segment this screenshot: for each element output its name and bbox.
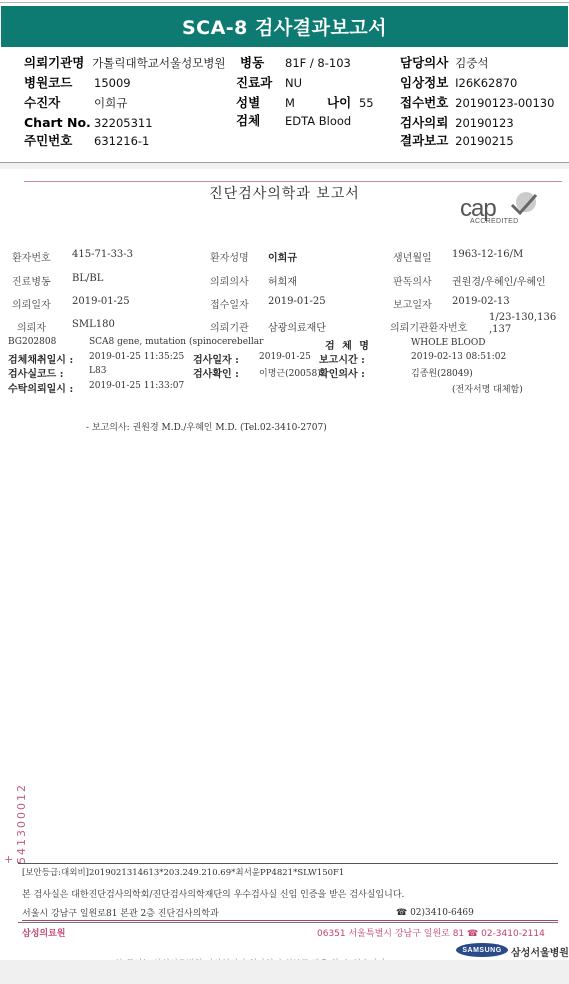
sex-field: 성별 M <box>236 96 260 110</box>
resident-no-label: 주민번호 <box>24 133 72 148</box>
cap-logo-sub: ACCREDITED <box>470 218 519 225</box>
lab-code-value: L83 <box>89 366 106 376</box>
test-date-label: 검사일자 : <box>193 351 239 366</box>
test-date-value: 2019-01-25 <box>259 352 311 362</box>
age-value: 55 <box>359 96 374 110</box>
reporting-doctor: - 보고의사: 권원경 M.D./우혜인 M.D. (Tel.02-3410-2… <box>86 420 327 433</box>
test-request-label: 검사의뢰 <box>400 115 448 130</box>
lab-code-label: 검사실코드 : <box>8 365 63 380</box>
requester-value: SML180 <box>72 319 115 330</box>
patient-name-field: 수진자 이희규 <box>24 96 60 110</box>
institution-patient-no-value-2: ,137 <box>489 324 511 335</box>
ward-label: 병동 <box>240 55 264 70</box>
lab-address: 서울시 강남구 일원로81 본관 2층 진단검사의학과 <box>22 906 219 919</box>
age-label: 나이 <box>327 95 351 110</box>
ordering-doctor-label: 의뢰의사 <box>210 273 249 288</box>
medical-center-name: 삼성의료원 <box>22 926 65 939</box>
patient-name-label: 수진자 <box>24 95 60 110</box>
bottom-band <box>0 960 569 984</box>
collection-time-value: 2019-01-25 11:35:25 <box>89 352 184 362</box>
ward-label: 진료병동 <box>12 273 51 288</box>
test-code: BG202808 <box>8 337 56 347</box>
patient-no-value: 415-71-33-3 <box>72 249 133 260</box>
attending-doctor-value: 김중석 <box>455 56 488 70</box>
specimen-name-label: 검 체 명 <box>325 337 371 352</box>
patient-name-value: 이희규 <box>268 249 297 264</box>
reading-doctor-value: 권원경/우혜인/우혜인 <box>452 273 546 288</box>
test-request-field: 검사의뢰 20190123 <box>400 116 514 130</box>
reading-doctor-label: 판독의사 <box>393 273 432 288</box>
clinical-info-value: I26K62870 <box>455 76 517 90</box>
ward-field: 병동 81F / 8-103 <box>240 56 264 70</box>
patient-no-label: 환자번호 <box>12 249 51 264</box>
patient-name-value: 이희규 <box>94 96 127 110</box>
institution-patient-no-value: 1/23-130,136 <box>489 312 556 323</box>
patient-name-label: 환자성명 <box>210 249 249 264</box>
footer-top-rule <box>18 863 558 864</box>
test-confirm-label: 검사확인 : <box>193 365 239 380</box>
result-report-label: 결과보고 <box>400 133 448 148</box>
report-date-label: 보고일자 <box>393 296 432 311</box>
checkmark-icon <box>508 191 538 217</box>
ward-value: BL/BL <box>72 273 103 284</box>
summary-panel: 의뢰기관명 가톨릭대학교서울성모병원 병원코드 15009 수진자 이희규 Ch… <box>0 50 569 155</box>
clinical-info-label: 임상정보 <box>400 75 448 90</box>
accession-no-field: 접수번호 20190123-00130 <box>400 96 554 110</box>
attending-doctor-field: 담당의사 김중석 <box>400 56 488 70</box>
requesting-institution-value: 삼광의료재단 <box>268 319 326 334</box>
lab-phone: ☎ 02)3410-6469 <box>396 908 474 918</box>
institution-label: 의뢰기관명 <box>24 55 84 70</box>
requester-label: 의뢰자 <box>17 319 46 334</box>
request-date-value: 2019-01-25 <box>72 296 130 307</box>
birth-date-label: 생년월일 <box>393 249 432 264</box>
birth-date-value: 1963-12-16/M <box>452 249 523 260</box>
test-name: SCA8 gene, mutation (spinocerebellar <box>89 337 263 347</box>
clinical-info-field: 임상정보 I26K62870 <box>400 76 517 90</box>
specimen-value: EDTA Blood <box>285 114 351 128</box>
collection-time-label: 검체채취일시 : <box>8 351 73 366</box>
result-report-value: 20190215 <box>455 134 514 148</box>
institution-patient-no-label: 의뢰기관환자번호 <box>390 319 467 334</box>
test-request-value: 20190123 <box>455 116 514 130</box>
cap-accredited-logo: cap ACCREDITED <box>460 191 540 231</box>
attending-doctor-label: 담당의사 <box>400 55 448 70</box>
chart-no-field: Chart No. 32205311 <box>24 116 91 130</box>
result-report-field: 결과보고 20190215 <box>400 134 514 148</box>
hospital-code-value: 15009 <box>94 76 131 90</box>
scanned-report: 진단검사의학과 보고서 cap ACCREDITED 환자번호 415-71-3… <box>0 169 569 959</box>
test-confirm-value: 이명근(20058) <box>259 366 321 379</box>
specimen-field: 검체 EDTA Blood <box>236 114 260 128</box>
barcode-number: + 541300012 <box>2 772 16 864</box>
age-field: 나이 55 <box>327 96 374 110</box>
department-value: NU <box>285 76 302 90</box>
report-time-value: 2019-02-13 08:51:02 <box>411 352 506 362</box>
page-title: SCA-8 검사결과보고서 <box>1 6 568 47</box>
e-signature-note: (전자서명 대체함) <box>452 382 523 395</box>
chart-no-value: 32205311 <box>94 116 153 130</box>
footer-pink-rule <box>22 920 558 921</box>
resident-no-value: 631216-1 <box>94 134 149 148</box>
ordering-doctor-value: 허희재 <box>268 273 297 288</box>
hospital-code-field: 병원코드 15009 <box>24 76 72 90</box>
specimen-name-value: WHOLE BLOOD <box>411 338 485 348</box>
samsung-logo: SAMSUNG <box>456 943 508 957</box>
top-rule <box>0 2 569 3</box>
report-date-value: 2019-02-13 <box>452 296 510 307</box>
institution-field: 의뢰기관명 가톨릭대학교서울성모병원 <box>24 56 226 70</box>
sex-value: M <box>285 96 295 110</box>
received-time-label: 수탁의뢰일시 : <box>8 380 73 395</box>
institution-value: 가톨릭대학교서울성모병원 <box>92 56 225 70</box>
specimen-label: 검체 <box>236 113 260 128</box>
footer-bottom-rule <box>18 922 558 923</box>
hospital-code-label: 병원코드 <box>24 75 72 90</box>
requesting-institution-label: 의뢰기관 <box>210 319 249 334</box>
received-time-value: 2019-01-25 11:33:07 <box>89 381 184 391</box>
request-date-label: 의뢰일자 <box>12 296 51 311</box>
confirming-doctor-value: 김종원(28049) <box>411 366 473 379</box>
certification-line: 본 검사실은 대한진단검사의학회/진단검사의학재단의 우수검사실 신임 인증을 … <box>22 887 404 900</box>
chart-no-label: Chart No. <box>24 115 91 130</box>
accession-no-label: 접수번호 <box>400 95 448 110</box>
report-top-rule <box>24 181 562 182</box>
department-field: 진료과 NU <box>236 76 272 90</box>
sex-label: 성별 <box>236 95 260 110</box>
receipt-date-value: 2019-01-25 <box>268 296 326 307</box>
department-label: 진료과 <box>236 75 272 90</box>
hospital-name: 삼성서울병원 <box>511 944 569 959</box>
ward-value: 81F / 8-103 <box>285 56 351 70</box>
accession-no-value: 20190123-00130 <box>455 96 554 110</box>
receipt-date-label: 접수일자 <box>210 296 249 311</box>
confirming-doctor-label: 확인의사 : <box>319 365 365 380</box>
security-line: [보안등급:대외비]2019021314613*203.249.210.69*최… <box>22 866 344 878</box>
medical-center-address: 06351 서울특별시 강남구 일원로 81 ☎ 02-3410-2114 <box>317 926 545 939</box>
resident-no-field: 주민번호 631216-1 <box>24 134 72 148</box>
report-time-label: 보고시간 : <box>319 351 365 366</box>
